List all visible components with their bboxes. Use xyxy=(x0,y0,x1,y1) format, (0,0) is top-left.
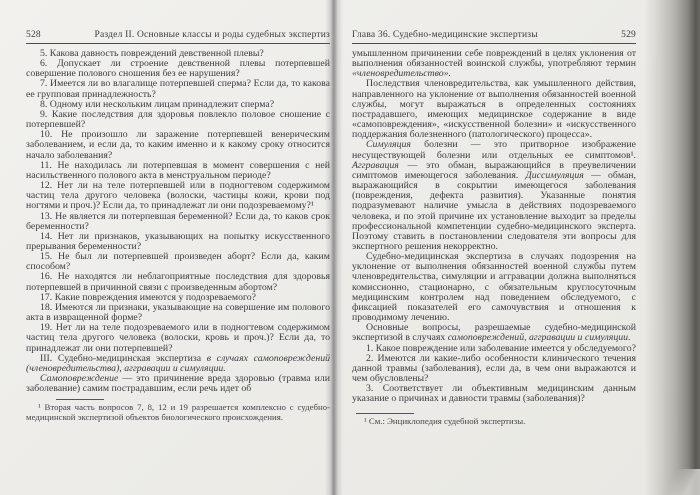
paragraph: 16. Не находятся ли неблагоприятные посл… xyxy=(26,272,330,292)
text-run: 6. Допускает ли строение девственной пле… xyxy=(26,58,330,79)
paragraph: 11. Не находилась ли потерпевшая в момен… xyxy=(26,161,330,181)
left-page: 528 Раздел II. Основные классы и роды су… xyxy=(26,30,330,423)
right-page-header: Глава 36. Судебно-медицинские экспертизы… xyxy=(352,30,636,44)
right-page-number: 529 xyxy=(621,30,636,40)
text-run: 16. Не находятся ли неблагоприятные посл… xyxy=(26,271,330,292)
text-run: 14. Нет ли признаков, указывающих на поп… xyxy=(26,231,330,252)
paragraph: 19. Нет ли на теле подозреваемого или в … xyxy=(26,323,330,353)
text-run: ¹ Вторая часть вопросов 7, 8, 12 и 19 ра… xyxy=(26,402,330,422)
paragraph: 12. Нет ли на теле потерпевшей или в под… xyxy=(26,181,330,211)
paragraph: 3. Соответствует ли объективным медицинс… xyxy=(352,384,636,404)
left-footnote-rule xyxy=(56,399,104,400)
text-run: 12. Нет ли на теле потерпевшей или в под… xyxy=(26,180,330,211)
text-run: 15. Не был ли потерпевшей произведен або… xyxy=(26,251,330,272)
text-run: ¹ См.: Энциклопедия судебной экспертизы. xyxy=(364,416,525,426)
text-run: 13. Не является ли потерпевшая беременно… xyxy=(26,211,330,232)
left-page-number: 528 xyxy=(26,30,41,40)
paragraph: 13. Не является ли потерпевшая беременно… xyxy=(26,212,330,232)
text-run: 19. Нет ли на теле подозреваемого или в … xyxy=(26,322,330,353)
left-page-footnote: ¹ Вторая часть вопросов 7, 8, 12 и 19 ра… xyxy=(26,403,330,423)
bottom-right-corner-highlight xyxy=(654,469,700,495)
page-edge-shadow xyxy=(644,0,700,495)
text-run: 9. Какие последствия для здоровья повлек… xyxy=(26,109,330,130)
left-page-header: 528 Раздел II. Основные классы и роды су… xyxy=(26,30,330,44)
text-run: 2. Имеются ли какие-либо особенности кли… xyxy=(352,353,636,384)
text-run: 10. Не произошло ли заражение потерпевше… xyxy=(26,129,330,160)
left-page-body: 5. Какова давность повреждений девственн… xyxy=(26,49,330,394)
book-spread-scan: 528 Раздел II. Основные классы и роды су… xyxy=(0,0,700,495)
paragraph: 15. Не был ли потерпевшей произведен або… xyxy=(26,252,330,272)
left-running-head: Раздел II. Основные классы и роды судебн… xyxy=(94,30,330,40)
text-run: 11. Не находилась ли потерпевшая в момен… xyxy=(26,160,330,181)
paragraph: 14. Нет ли признаков, указывающих на поп… xyxy=(26,232,330,252)
paragraph: 10. Не произошло ли заражение потерпевше… xyxy=(26,130,330,160)
text-run: Судебно-медицинская экспертиза в случаях… xyxy=(352,251,636,323)
text-run: 7. Имеется ли во влагалище потерпевшей с… xyxy=(26,78,330,99)
paragraph: Самоповреждение — это причинение вреда з… xyxy=(26,374,330,394)
right-page-footnote: ¹ См.: Энциклопедия судебной экспертизы. xyxy=(352,417,636,427)
text-run: 3. Соответствует ли объективным медицинс… xyxy=(352,383,636,404)
paragraph: 6. Допускает ли строение девственной пле… xyxy=(26,59,330,79)
text-run: — обман, выражающийся в сокрытии имеющег… xyxy=(352,170,636,252)
text-run: Последствия членовредительства, как умыш… xyxy=(352,78,636,140)
right-footnote-rule xyxy=(356,413,414,414)
right-running-head: Глава 36. Судебно-медицинские экспертизы xyxy=(352,30,538,40)
paragraph: Основные вопросы, разрешаемые судебно-ме… xyxy=(352,323,636,343)
paragraph: 18. Имеются ли признаки, указывающие на … xyxy=(26,303,330,323)
paragraph: ¹ См.: Энциклопедия судебной экспертизы. xyxy=(352,417,636,427)
paragraph: 2. Имеются ли какие-либо особенности кли… xyxy=(352,354,636,384)
paragraph: 9. Какие последствия для здоровья повлек… xyxy=(26,110,330,130)
right-page-body: умышленном причинении себе повреждений в… xyxy=(352,49,636,404)
paragraph: Симуляция болезни — это притворное изобр… xyxy=(352,140,636,252)
text-run: умышленном причинении себе повреждений в… xyxy=(352,48,636,69)
paragraph: умышленном причинении себе повреждений в… xyxy=(352,49,636,79)
text-run: 18. Имеются ли признаки, указывающие на … xyxy=(26,302,330,323)
paragraph: Последствия членовредительства, как умыш… xyxy=(352,79,636,140)
paragraph: ¹ Вторая часть вопросов 7, 8, 12 и 19 ра… xyxy=(26,403,330,423)
paragraph: Судебно-медицинская экспертиза в случаях… xyxy=(352,252,636,323)
paragraph: III. Судебно-медицинская экспертиза в сл… xyxy=(26,354,330,374)
paragraph: 7. Имеется ли во влагалище потерпевшей с… xyxy=(26,79,330,99)
right-page: Глава 36. Судебно-медицинские экспертизы… xyxy=(352,30,636,427)
